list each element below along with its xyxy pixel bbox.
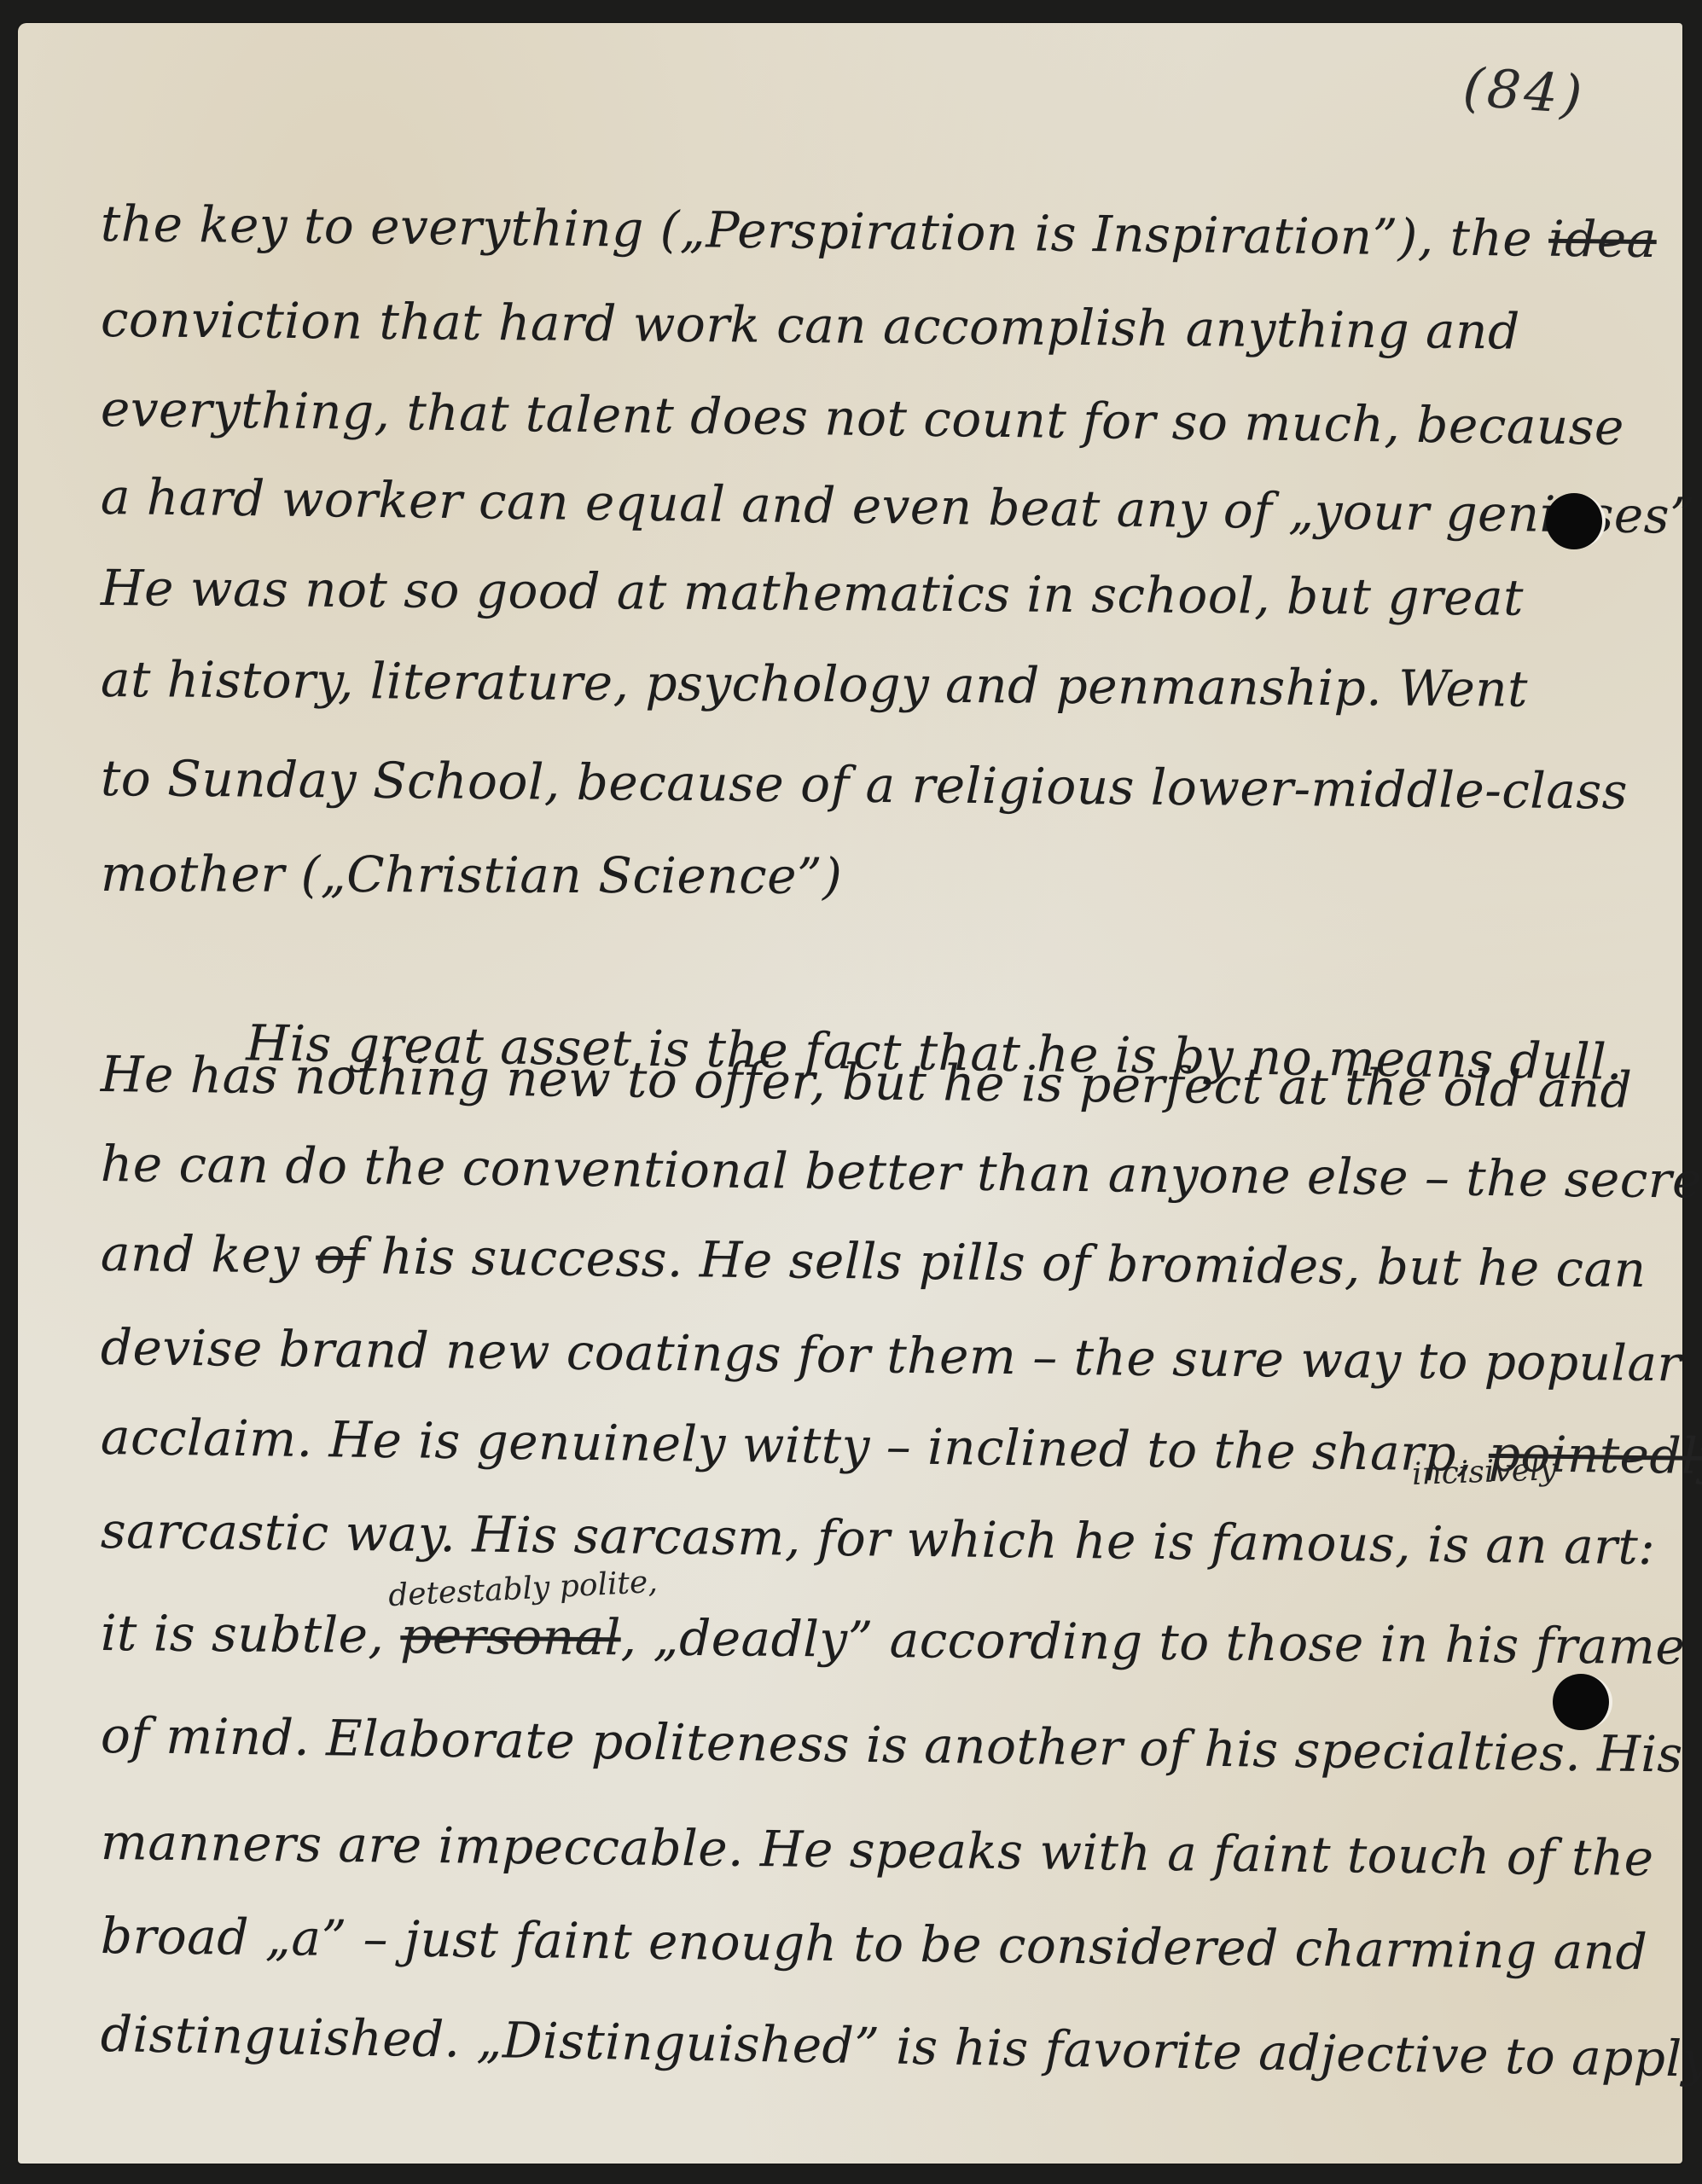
interlinear-insertion: incisively <box>1411 1452 1557 1492</box>
scanned-page: (84) the key to everything („Perspiratio… <box>0 0 1702 2184</box>
punch-hole-bottom <box>1553 1674 1609 1730</box>
line-text: , „deadly” according to those in his fra… <box>620 1608 1685 1676</box>
line-text: mother („Christian Science”) <box>101 845 843 905</box>
punch-hole-top <box>1546 493 1602 549</box>
struck-word: idea <box>1548 210 1657 269</box>
struck-word: of <box>316 1227 365 1286</box>
manuscript-line-2: conviction that hard work can accomplish… <box>101 290 1520 361</box>
line-text: He was not so good at mathematics in sch… <box>101 559 1524 627</box>
struck-word: personal <box>400 1606 621 1666</box>
manuscript-line-6: at history, literature, psychology and p… <box>101 650 1528 718</box>
manuscript-line-8: mother („Christian Science”) <box>101 845 843 905</box>
page-number: (84) <box>1461 55 1588 126</box>
line-text: and key <box>101 1224 317 1285</box>
line-text: at history, literature, psychology and p… <box>101 650 1528 718</box>
line-text: it is subtle, <box>101 1604 401 1664</box>
manuscript-line-5: He was not so good at mathematics in sch… <box>101 559 1524 627</box>
line-text: conviction that hard work can accomplish… <box>101 290 1520 361</box>
